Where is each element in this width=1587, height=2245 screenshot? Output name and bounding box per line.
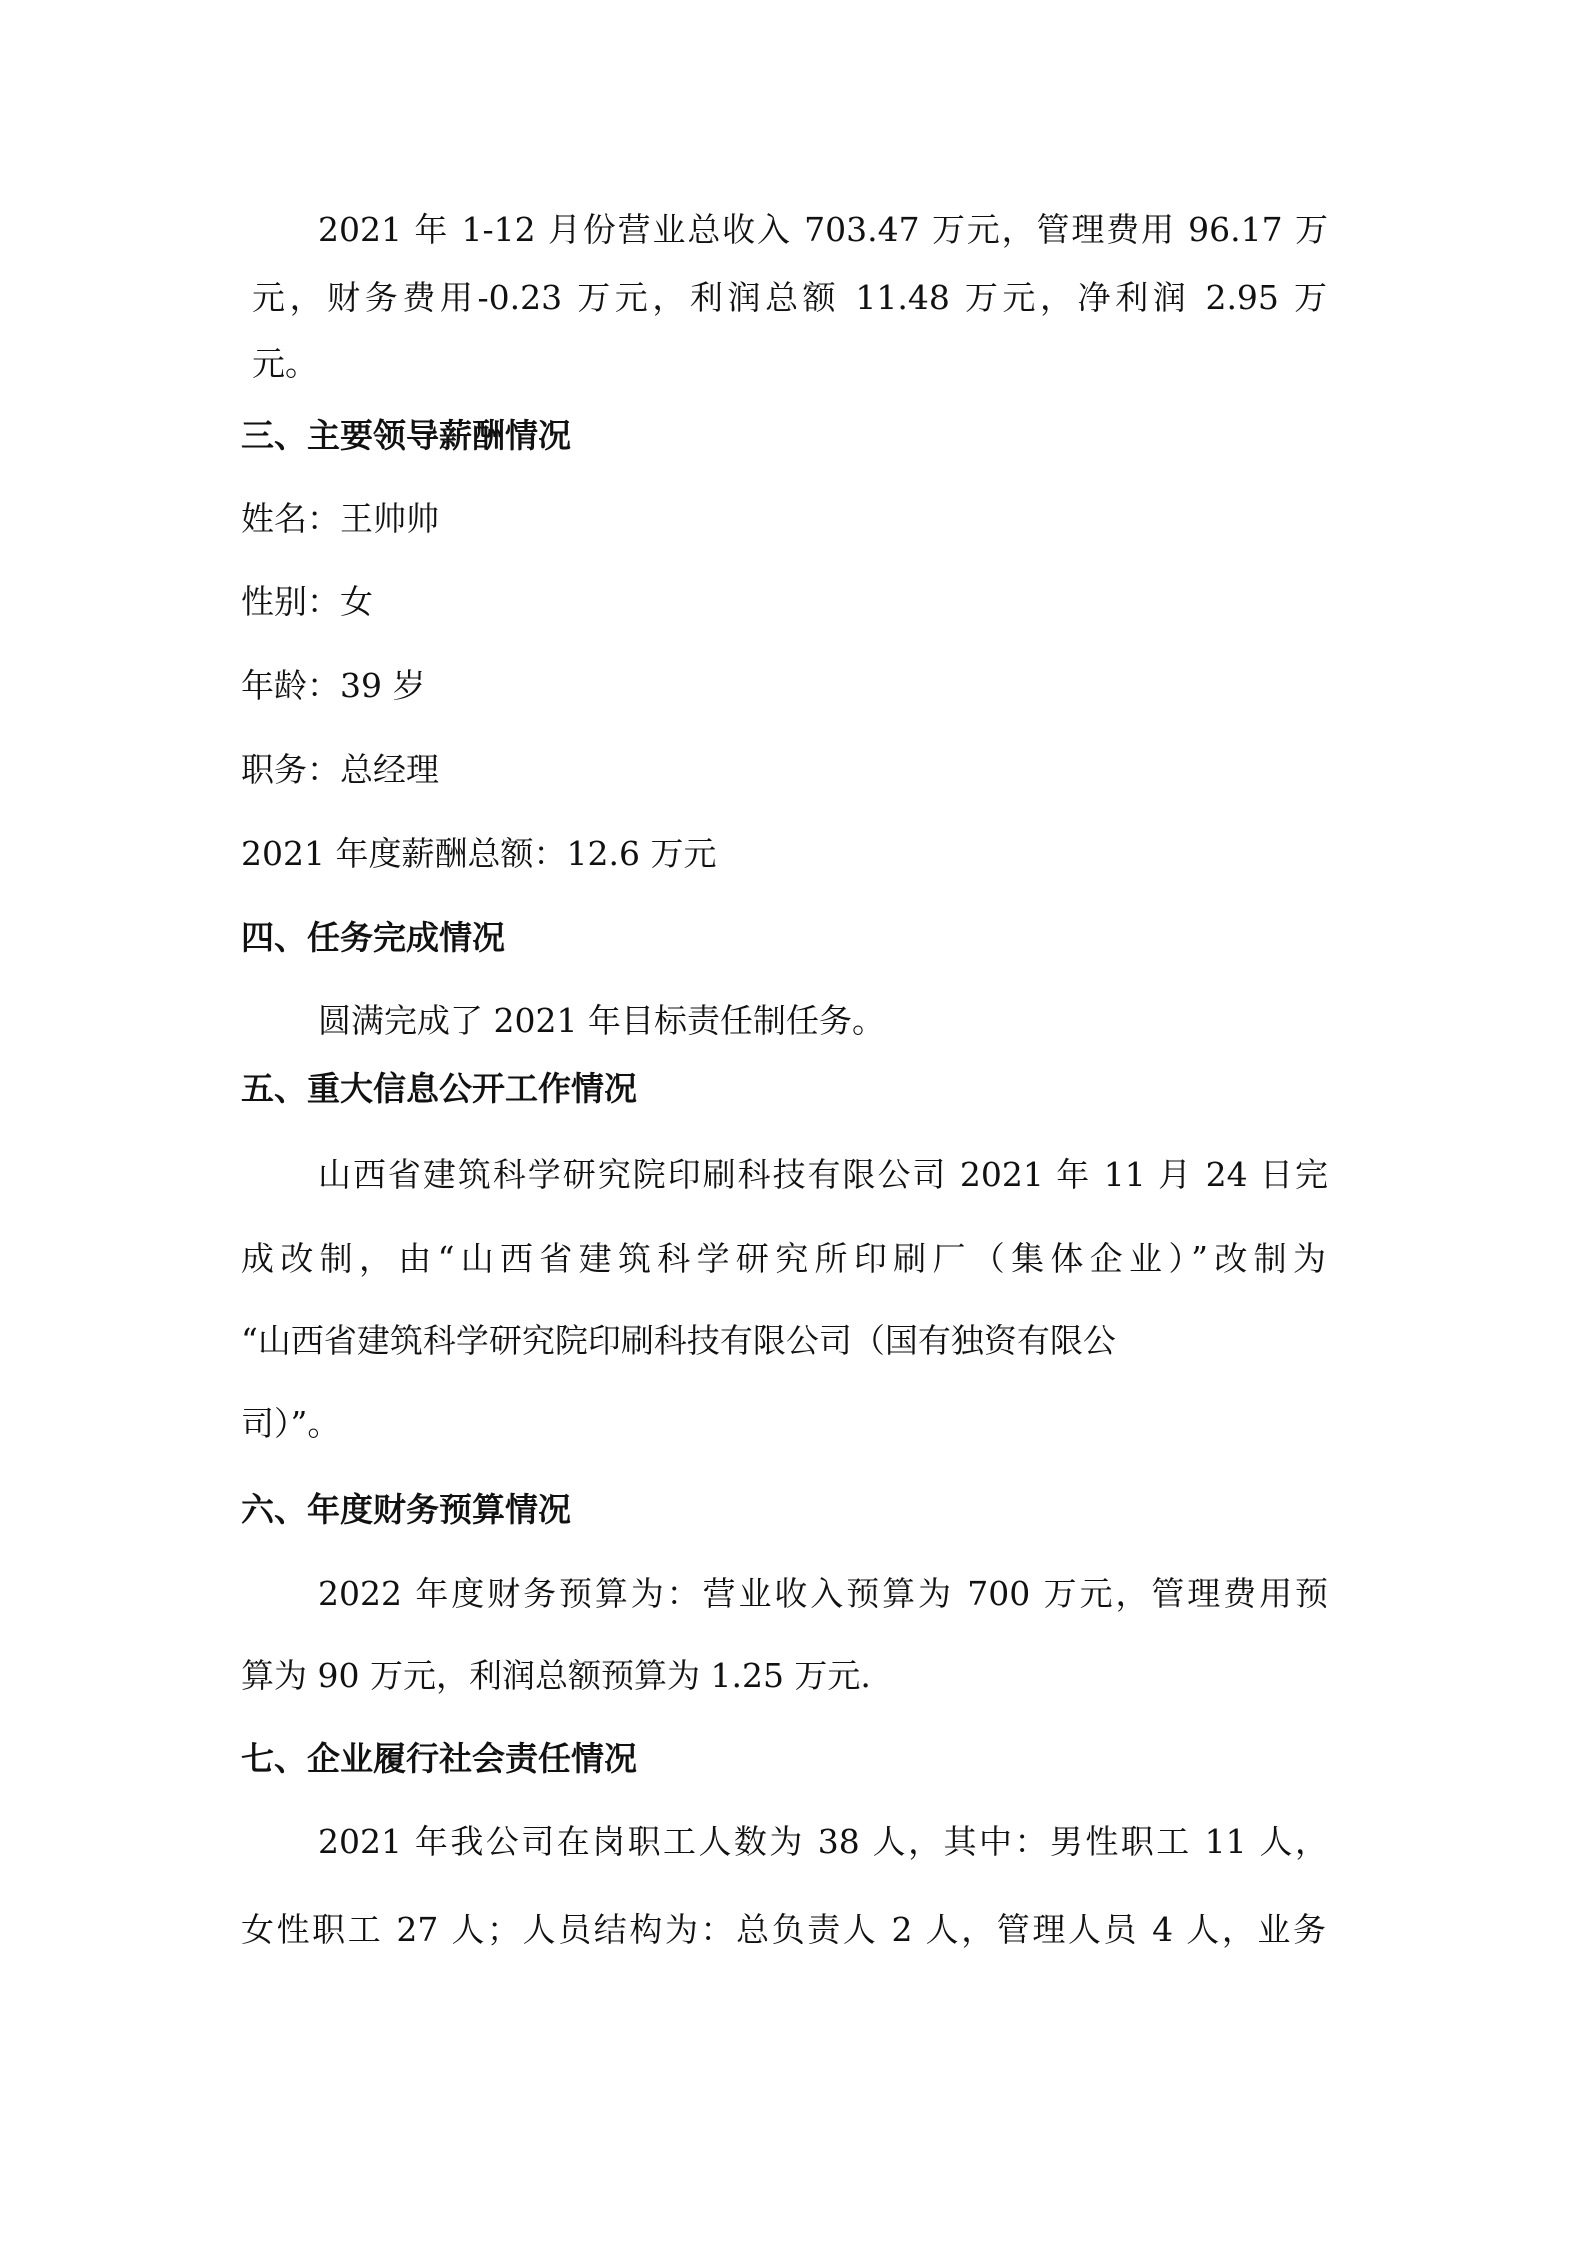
section3-heading: 三、主要领导薪酬情况 [241, 414, 571, 458]
section7-heading: 七、企业履行社会责任情况 [241, 1737, 637, 1781]
section4-line-1: 圆满完成了 2021 年目标责任制任务。 [318, 999, 885, 1043]
section5-heading: 五、重大信息公开工作情况 [241, 1067, 637, 1111]
section7-line-1: 2021 年我公司在岗职工人数为 38 人，其中：男性职工 11 人， [318, 1820, 1328, 1864]
section5-line-3: “山西省建筑科学研究院印刷科技有限公司（国有独资有限公 [241, 1319, 1116, 1363]
section5-line-2: 成改制，由“山西省建筑科学研究所印刷厂（集体企业）”改制为 [241, 1237, 1326, 1281]
field-position: 职务：总经理 [241, 748, 439, 792]
field-name: 姓名：王帅帅 [241, 497, 439, 541]
section6-heading: 六、年度财务预算情况 [241, 1488, 571, 1532]
section5-line-1: 山西省建筑科学研究院印刷科技有限公司 2021 年 11 月 24 日完 [318, 1153, 1328, 1197]
field-salary-total: 2021 年度薪酬总额：12.6 万元 [241, 832, 716, 876]
section6-line-1: 2022 年度财务预算为：营业收入预算为 700 万元，管理费用预 [318, 1572, 1328, 1616]
section6-line-2: 算为 90 万元，利润总额预算为 1.25 万元. [241, 1654, 871, 1698]
finance-summary-line-2: 元，财务费用-0.23 万元，利润总额 11.48 万元，净利润 2.95 万 [252, 276, 1327, 320]
finance-summary-line-3: 元。 [252, 342, 318, 386]
section7-line-2: 女性职工 27 人；人员结构为：总负责人 2 人，管理人员 4 人，业务 [241, 1908, 1326, 1952]
field-age: 年龄：39 岁 [241, 664, 425, 708]
finance-summary-line-1: 2021 年 1-12 月份营业总收入 703.47 万元，管理费用 96.17… [318, 208, 1328, 252]
field-gender: 性别：女 [241, 580, 373, 624]
section5-line-4: 司）”。 [241, 1402, 340, 1446]
section4-heading: 四、任务完成情况 [241, 916, 505, 960]
